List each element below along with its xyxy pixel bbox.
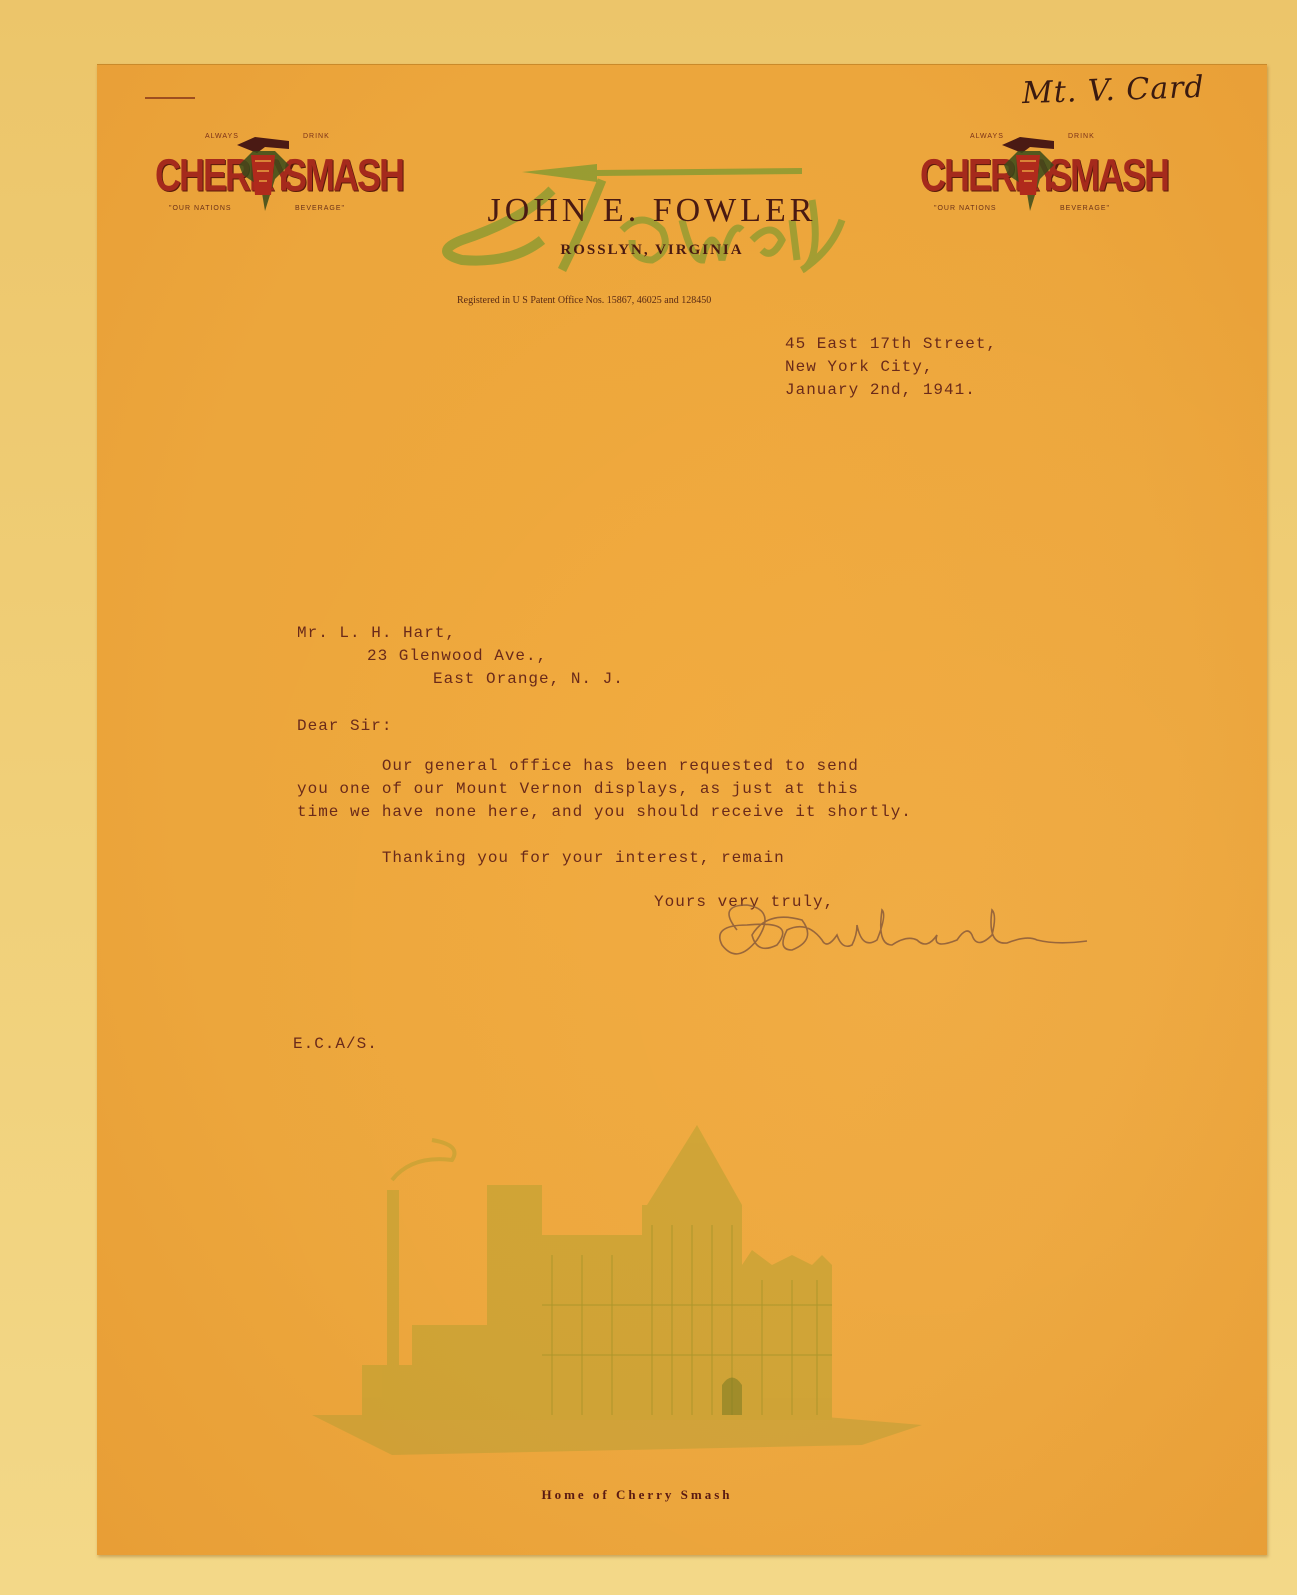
body-paragraph1-line2: you one of our Mount Vernon displays, as… bbox=[297, 778, 859, 800]
logo-tagline-drink: DRINK bbox=[303, 133, 330, 140]
cherry-smash-logo-right: ALWAYS DRINK CHERRY SMASH "OUR NATIONS B… bbox=[920, 127, 1130, 217]
patent-registration-line: Registered in U S Patent Office Nos. 158… bbox=[457, 295, 837, 306]
cherry-smash-logo-left: ALWAYS DRINK CHERRY SMASH "OUR NATIONS B… bbox=[155, 127, 365, 217]
body-paragraph1-line1: Our general office has been requested to… bbox=[297, 755, 859, 777]
company-name: JOHN E. FOWLER bbox=[412, 192, 892, 230]
hatchet-glass-emblem-icon bbox=[235, 131, 291, 213]
body-paragraph2: Thanking you for your interest, remain bbox=[297, 847, 785, 869]
logo-tagline-drink: DRINK bbox=[1068, 133, 1095, 140]
logo-word-smash: SMASH bbox=[283, 149, 403, 202]
logo-tagline-always: ALWAYS bbox=[205, 133, 239, 140]
typist-initials: E.C.A/S. bbox=[293, 1033, 378, 1055]
hatchet-glass-emblem-icon bbox=[1000, 131, 1056, 213]
sender-address-line2: New York City, bbox=[785, 356, 933, 378]
logo-tagline-our-nations: "OUR NATIONS bbox=[169, 205, 232, 212]
pencil-mark bbox=[145, 97, 195, 99]
letter-date: January 2nd, 1941. bbox=[785, 379, 976, 401]
company-location: ROSSLYN, VIRGINIA bbox=[412, 242, 892, 259]
signature: E.C. Auberle bbox=[707, 895, 1107, 965]
sender-address-line1: 45 East 17th Street, bbox=[785, 333, 997, 355]
letter-page: Mt. V. Card ALWAYS DRINK CHERRY SMASH "O… bbox=[97, 64, 1267, 1555]
recipient-name: Mr. L. H. Hart, bbox=[297, 622, 456, 644]
recipient-city: East Orange, N. J. bbox=[433, 668, 624, 690]
logo-word-smash: SMASH bbox=[1048, 149, 1168, 202]
recipient-street: 23 Glenwood Ave., bbox=[367, 645, 547, 667]
logo-tagline-our-nations: "OUR NATIONS bbox=[934, 205, 997, 212]
body-paragraph1-line3: time we have none here, and you should r… bbox=[297, 801, 912, 823]
logo-tagline-beverage: BEVERAGE" bbox=[1060, 205, 1110, 212]
footer-caption: Home of Cherry Smash bbox=[447, 1487, 827, 1503]
handwritten-note: Mt. V. Card bbox=[1021, 70, 1205, 111]
salutation: Dear Sir: bbox=[297, 715, 392, 737]
factory-building-illustration bbox=[302, 1085, 922, 1485]
logo-tagline-always: ALWAYS bbox=[970, 133, 1004, 140]
logo-tagline-beverage: BEVERAGE" bbox=[295, 205, 345, 212]
